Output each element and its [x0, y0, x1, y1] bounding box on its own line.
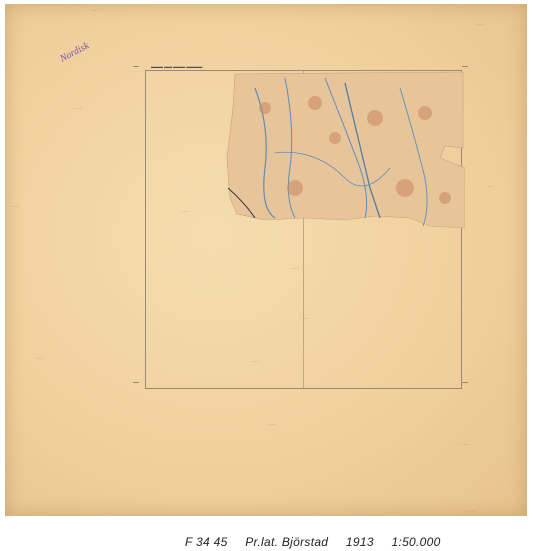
margin-place-label: · ·····: [10, 204, 19, 209]
sheet-scale: 1:50.000: [391, 535, 440, 549]
sheet-header-text: ▬▬▬ ▬▬ ▬▬▬ ▬▬▬▬: [151, 64, 202, 69]
sheet-id: F 34 45: [185, 535, 228, 549]
corner-tick: [462, 382, 468, 383]
margin-place-label: · ·····: [73, 106, 82, 111]
surveyed-map-area: [225, 68, 465, 233]
margin-place-label: · ·····: [465, 509, 474, 514]
map-sheet: Nordisk ▬▬▬ ▬▬ ▬▬▬ ▬▬▬▬ · ····· · ····· …: [5, 4, 527, 516]
margin-place-label: · ·····: [460, 442, 469, 447]
corner-tick: [133, 66, 139, 67]
frame-place-label: · ·····: [250, 359, 259, 364]
frame-place-label: · ·····: [290, 266, 299, 271]
corner-tick: [462, 66, 468, 67]
margin-place-label: · ·····: [267, 422, 276, 427]
frame-place-label: · ·····: [300, 316, 309, 321]
sheet-year: 1913: [346, 535, 374, 549]
corner-tick: [133, 382, 139, 383]
margin-place-label: · ·····: [35, 356, 44, 361]
margin-place-label: · ·····: [485, 184, 494, 189]
sheet-caption: F 34 45 Pr.lat. Björstad 1913 1:50.000: [185, 535, 455, 549]
frame-place-label: · ·····: [180, 209, 189, 214]
sheet-title: Pr.lat. Björstad: [245, 535, 328, 549]
margin-place-label: · ·····: [475, 22, 484, 27]
ink-stamp: Nordisk: [58, 40, 91, 64]
margin-place-label: · ·····: [90, 8, 99, 13]
